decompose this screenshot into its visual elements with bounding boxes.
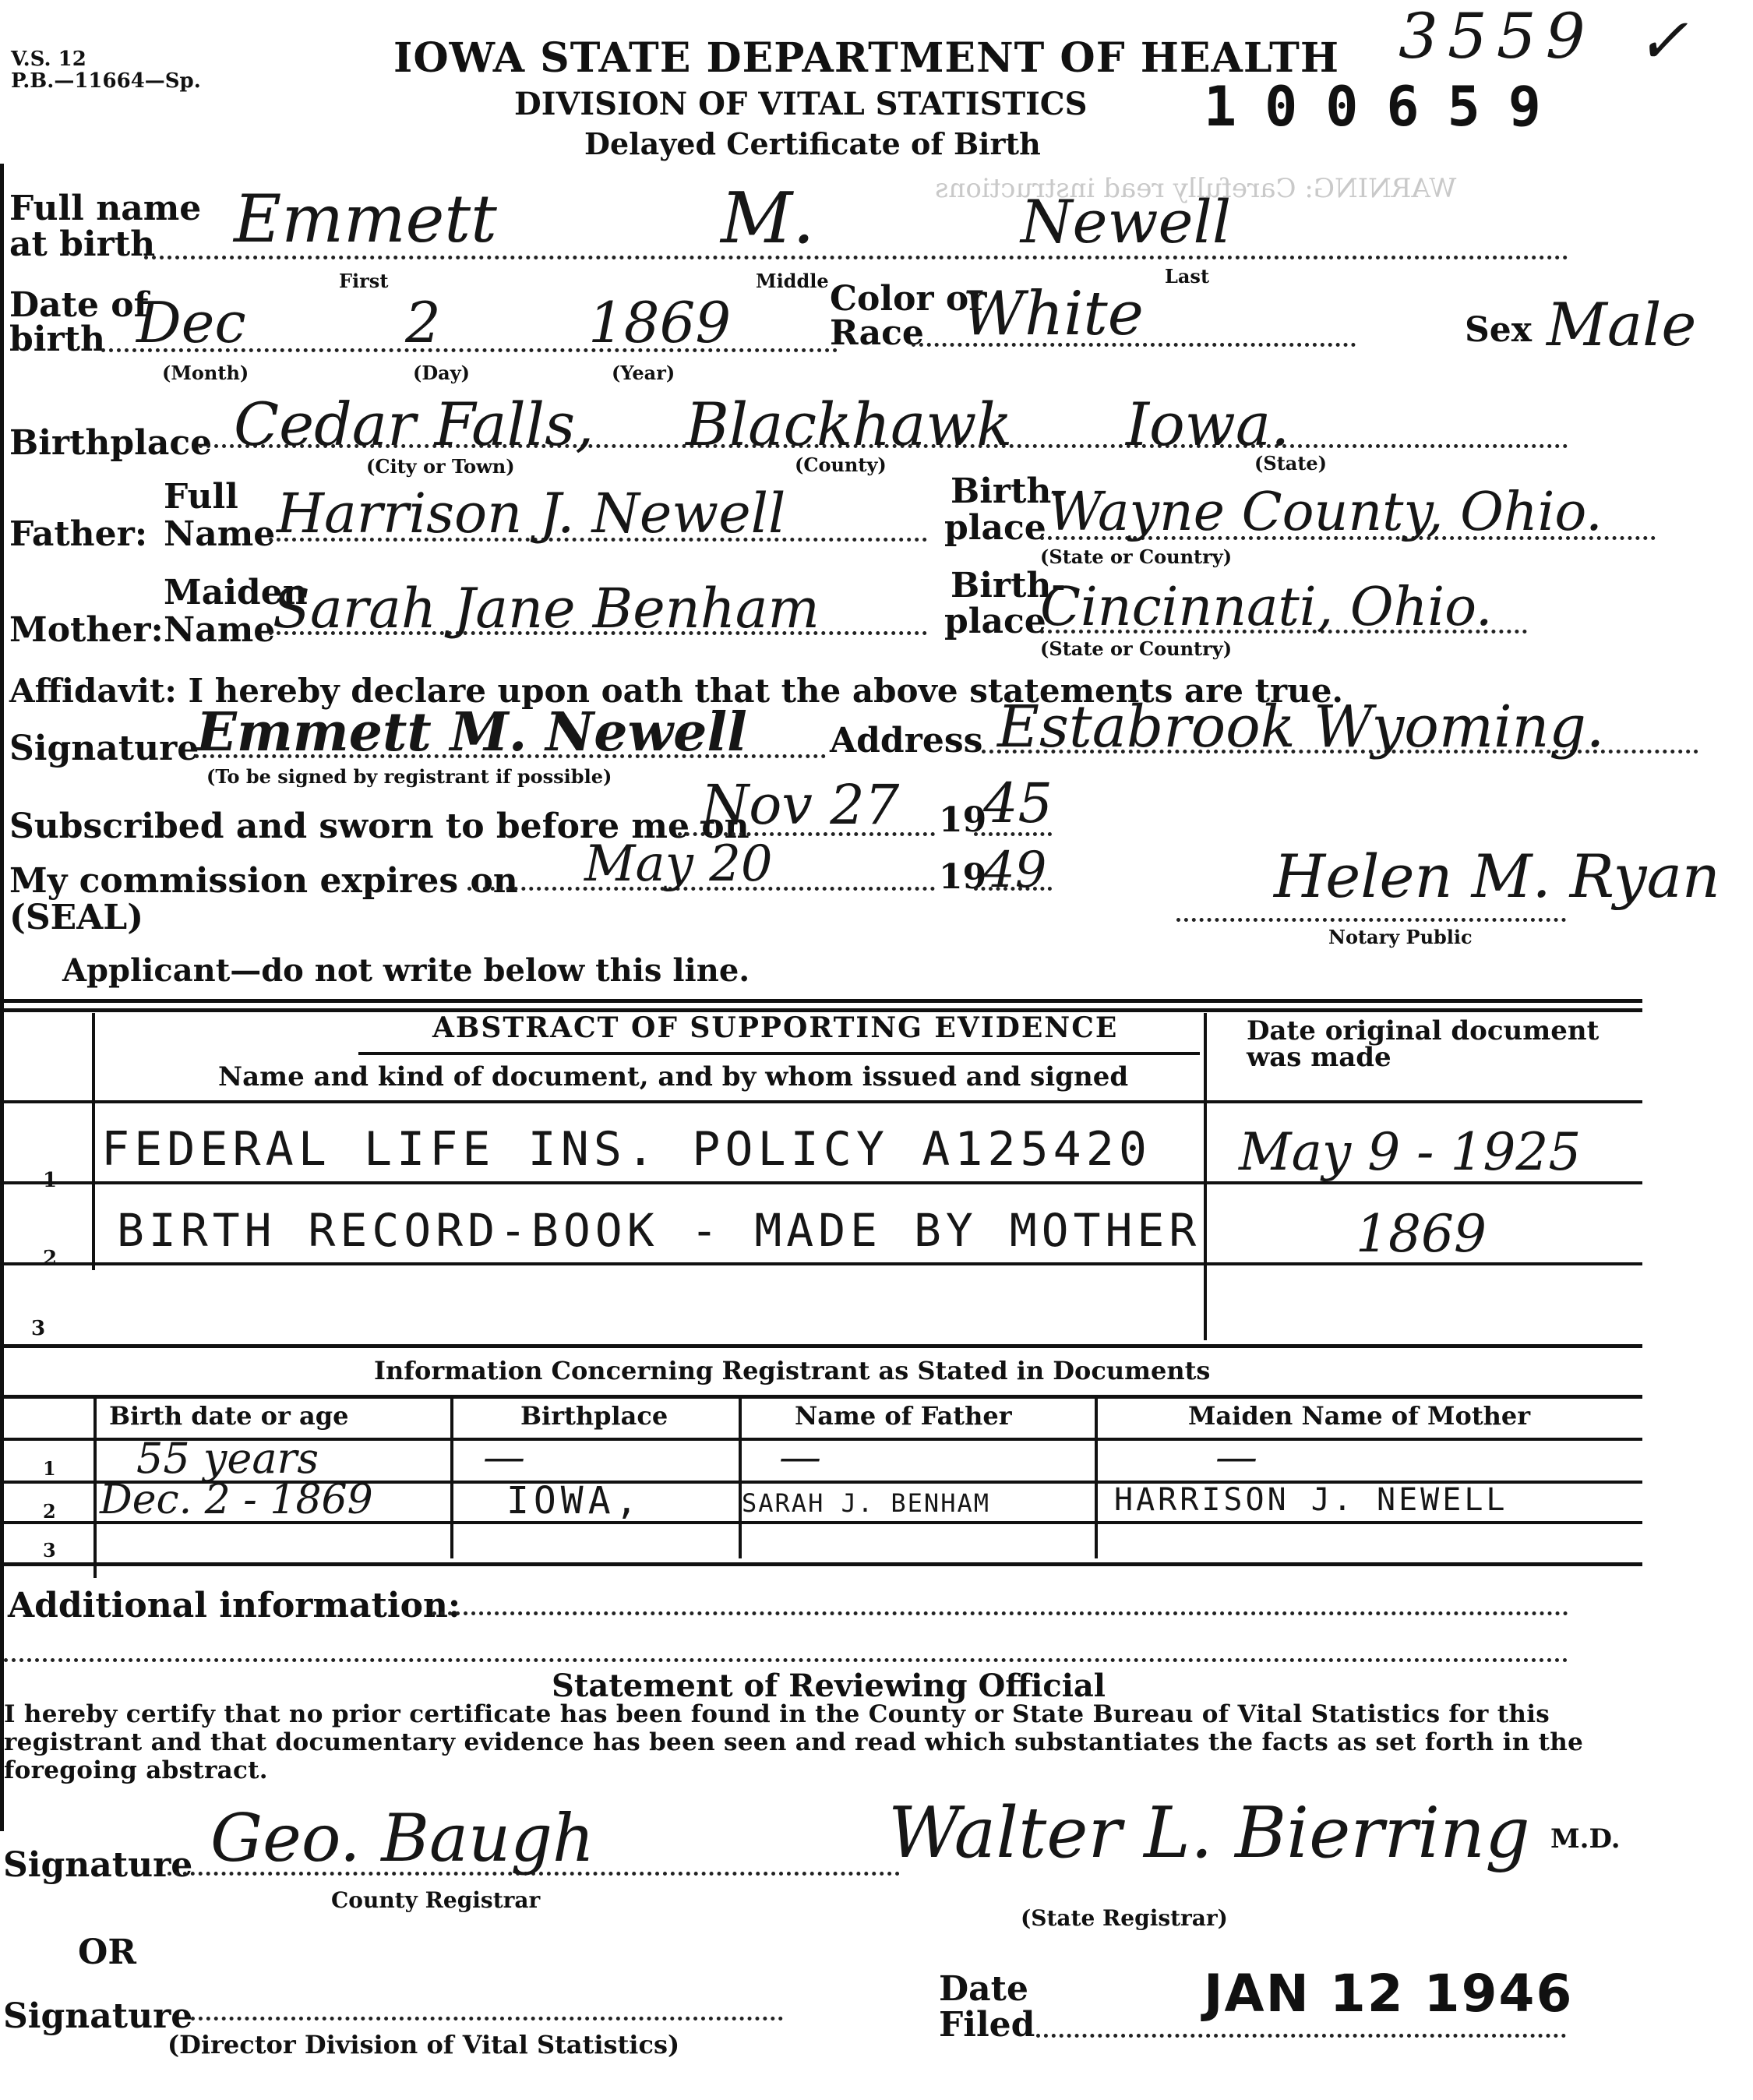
info-col-father: Name of Father <box>795 1401 1012 1431</box>
info-row-2-father[interactable]: SARAH J. BENHAM <box>742 1488 990 1518</box>
info-row-2-birth[interactable]: Dec. 2 - 1869 <box>100 1477 373 1523</box>
evidence-row-1-num: 1 <box>43 1169 57 1192</box>
father-birthplace-value[interactable]: Wayne County, Ohio. <box>1048 482 1603 543</box>
divider-rule-top <box>4 999 1642 1003</box>
sex-value[interactable]: Male <box>1547 290 1696 359</box>
state-registrar-caption: (State Registrar) <box>1021 1905 1228 1931</box>
state-caption: (State) <box>1254 452 1327 475</box>
info-row-1-mother[interactable]: — <box>1215 1432 1257 1481</box>
info-row-1-birth[interactable]: 55 years <box>136 1434 319 1483</box>
last-name-value[interactable]: Newell <box>1021 187 1231 256</box>
director-signature-field[interactable] <box>191 1987 783 2018</box>
evidence-title-rule <box>358 1052 1200 1055</box>
mother-label: Mother: <box>9 610 164 650</box>
address-value[interactable]: Estabrook Wyoming. <box>997 694 1604 761</box>
info-row-1-num: 1 <box>43 1457 56 1480</box>
info-row-2-mother[interactable]: HARRISON J. NEWELL <box>1114 1482 1508 1518</box>
info-row-2-rule <box>4 1521 1642 1524</box>
date-filed-line <box>1036 2034 1566 2038</box>
evidence-row-1-date[interactable]: May 9 - 1925 <box>1239 1122 1581 1182</box>
mother-name-value[interactable]: Sarah Jane Benham <box>273 577 820 641</box>
middle-caption: Middle <box>756 270 829 292</box>
evidence-row-2-num: 2 <box>43 1247 57 1270</box>
applicant-notice: Applicant—do not write below this line. <box>62 952 750 989</box>
father-label: Father: <box>9 514 147 554</box>
commission-label: My commission expires on <box>9 861 518 901</box>
signature-caption: (To be signed by registrant if possible) <box>206 765 612 788</box>
review-title: Statement of Reviewing Official <box>552 1668 1106 1704</box>
registrant-info-title: Information Concerning Registrant as Sta… <box>374 1356 1210 1385</box>
mother-birthplace-value[interactable]: Cincinnati, Ohio. <box>1040 577 1493 638</box>
evidence-row-2-rule <box>4 1262 1642 1265</box>
additional-info-label: Additional information: <box>8 1586 460 1625</box>
or-label: OR <box>78 1932 136 1972</box>
info-bottom-rule <box>4 1562 1642 1566</box>
birthplace-city-value[interactable]: Cedar Falls, <box>234 390 594 459</box>
evidence-num-column-rule <box>92 1013 95 1270</box>
county-registrar-signature[interactable]: Geo. Baugh <box>210 1800 594 1876</box>
division-title: DIVISION OF VITAL STATISTICS <box>514 86 1088 122</box>
info-col-2-rule <box>739 1399 742 1558</box>
evidence-title: ABSTRACT OF SUPPORTING EVIDENCE <box>432 1011 1118 1044</box>
info-num-column-rule <box>93 1399 97 1578</box>
evidence-header-rule <box>4 1100 1642 1103</box>
date-filed-label: Date Filed <box>939 1971 1035 2043</box>
info-row-1-father[interactable]: — <box>779 1432 821 1481</box>
father-full-label: Full <box>164 477 238 517</box>
director-signature-label: Signature <box>3 1996 192 2036</box>
state-registrar-signature[interactable]: Walter L. Bierring <box>888 1792 1530 1874</box>
date-filed-label-line1: Date <box>939 1971 1035 2007</box>
info-col-mother: Maiden Name of Mother <box>1188 1401 1530 1431</box>
notary-caption: Notary Public <box>1328 926 1473 948</box>
info-col-birth: Birth date or age <box>109 1401 348 1431</box>
evidence-bottom-rule <box>4 1344 1642 1348</box>
evidence-col-document: Name and kind of document, and by whom i… <box>218 1061 1128 1092</box>
dob-label-line1: Date of <box>9 288 149 323</box>
sworn-year-value[interactable]: 45 <box>983 771 1053 835</box>
commission-year-value[interactable]: 49 <box>983 842 1046 899</box>
city-caption: (City or Town) <box>366 455 515 478</box>
certificate-subtitle: Delayed Certificate of Birth <box>584 126 1041 161</box>
middle-name-value[interactable]: M. <box>721 178 815 259</box>
info-col-birthplace: Birthplace <box>520 1401 668 1431</box>
commission-date-value[interactable]: May 20 <box>584 835 773 893</box>
county-signature-label: Signature <box>3 1845 192 1885</box>
evidence-date-column-rule <box>1204 1013 1207 1340</box>
sworn-date-value[interactable]: Nov 27 <box>701 773 899 837</box>
sex-label: Sex <box>1465 310 1532 350</box>
birthplace-state-value[interactable]: Iowa. <box>1126 390 1289 459</box>
state-registrar-suffix: M.D. <box>1550 1823 1621 1855</box>
commission-century: 19 <box>939 857 986 897</box>
county-registrar-caption: County Registrar <box>331 1887 540 1913</box>
birthplace-label: Birthplace <box>9 423 212 463</box>
mother-state-country-caption: (State or Country) <box>1040 637 1232 660</box>
additional-info-value[interactable] <box>432 1582 1568 1613</box>
full-name-label-line1: Full name <box>9 191 201 227</box>
evidence-row-2-document[interactable]: BIRTH RECORD-BOOK - MADE BY MOTHER <box>117 1204 1201 1257</box>
dob-year-value[interactable]: 1869 <box>588 290 731 355</box>
left-border <box>0 164 4 1831</box>
evidence-row-1-document[interactable]: FEDERAL LIFE INS. POLICY A125420 <box>101 1122 1152 1177</box>
additional-info-line-2 <box>4 1658 1568 1662</box>
form-pb-number: P.B.—11664—Sp. <box>11 70 201 92</box>
date-filed-label-line2: Filed <box>939 2007 1035 2043</box>
month-caption: (Month) <box>162 362 249 384</box>
info-row-1-birthplace[interactable]: — <box>483 1432 525 1481</box>
father-name-value[interactable]: Harrison J. Newell <box>277 482 785 545</box>
father-name-label: Name <box>164 514 275 554</box>
county-caption: (County) <box>795 454 887 476</box>
mother-name-label: Name <box>164 610 275 650</box>
stamped-certificate-number: 100659 <box>1204 75 1569 139</box>
info-row-3-birth[interactable] <box>97 1526 448 1557</box>
form-vs-number: V.S. 12 <box>11 48 201 70</box>
form-id: V.S. 12 P.B.—11664—Sp. <box>11 48 201 92</box>
evidence-row-3-num: 3 <box>31 1317 45 1340</box>
dob-month-value[interactable]: Dec <box>136 290 246 355</box>
seal-label: (SEAL) <box>9 898 143 937</box>
father-state-country-caption: (State or Country) <box>1040 545 1232 568</box>
day-caption: (Day) <box>413 362 470 384</box>
last-caption: Last <box>1165 265 1209 288</box>
registrant-signature[interactable]: Emmett M. Newell <box>196 701 747 764</box>
handwritten-file-number: 3559 <box>1399 0 1595 72</box>
first-caption: First <box>339 270 388 292</box>
mother-place-label: place <box>944 602 1046 641</box>
full-name-label: Full name at birth <box>9 191 201 263</box>
check-mark-icon: ✓ <box>1636 5 1688 77</box>
info-col-1-rule <box>450 1399 453 1558</box>
notary-signature[interactable]: Helen M. Ryan <box>1274 842 1720 911</box>
evidence-row-2-date[interactable]: 1869 <box>1356 1204 1487 1264</box>
birthplace-county-value[interactable]: Blackhawk <box>686 390 1012 459</box>
affidavit-signature-label: Signature <box>9 729 199 768</box>
date-of-birth-label: Date of birth <box>9 288 149 357</box>
director-caption: (Director Division of Vital Statistics) <box>168 2030 679 2059</box>
address-label: Address <box>830 721 982 761</box>
year-caption: (Year) <box>612 362 675 384</box>
dob-day-value[interactable]: 2 <box>405 290 441 355</box>
father-place-label: place <box>944 508 1046 548</box>
first-name-value[interactable]: Emmett <box>234 181 497 257</box>
date-filed-stamp: JAN 12 1946 <box>1204 1964 1573 2024</box>
info-row-2-birthplace[interactable]: IOWA, <box>506 1479 643 1523</box>
race-value[interactable]: White <box>962 279 1144 349</box>
notary-signature-line <box>1176 918 1566 922</box>
evidence-row-3-document[interactable] <box>101 1270 1192 1332</box>
evidence-col-date: Date original document was made <box>1247 1018 1636 1071</box>
page-title: IOWA STATE DEPARTMENT OF HEALTH <box>393 34 1339 82</box>
review-statement: I hereby certify that no prior certifica… <box>4 1700 1632 1784</box>
info-col-3-rule <box>1095 1399 1098 1558</box>
info-row-3-num: 3 <box>43 1539 56 1562</box>
info-row-2-num: 2 <box>43 1500 56 1523</box>
evidence-row-1-rule <box>4 1181 1642 1184</box>
registrant-info-title-rule <box>4 1395 1642 1399</box>
